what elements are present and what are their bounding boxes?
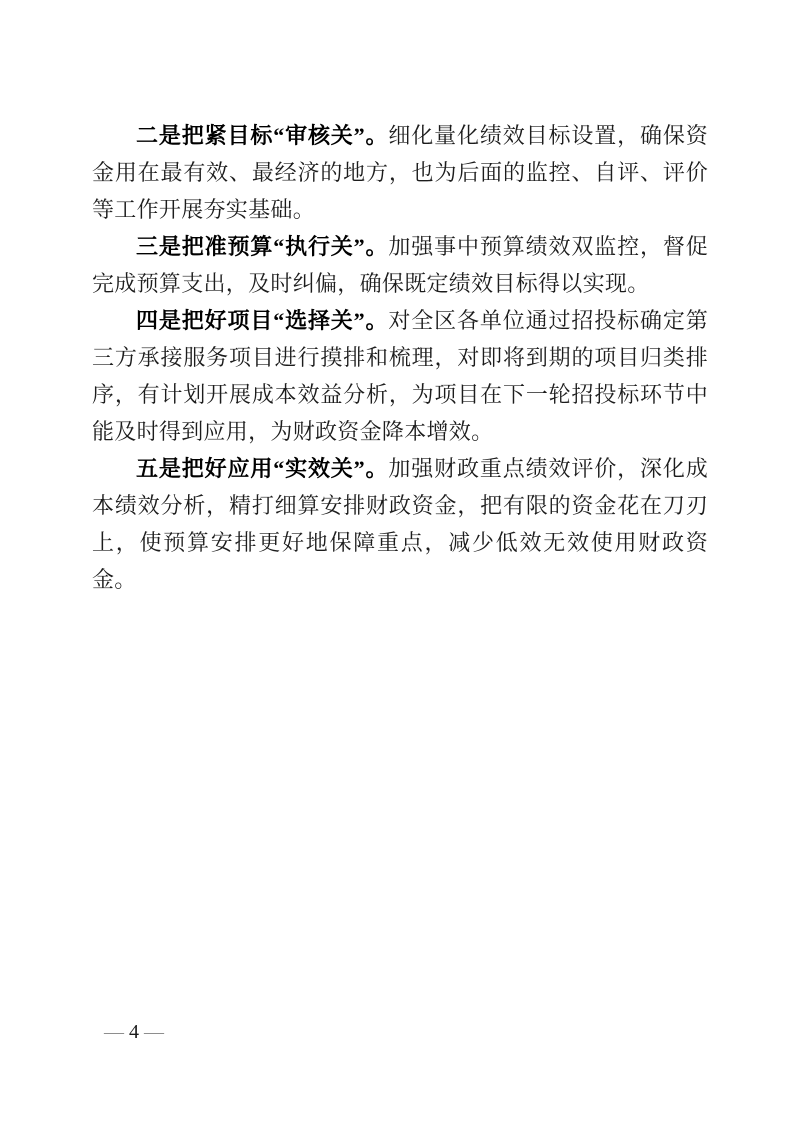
page-number: —4— (104, 1019, 164, 1045)
paragraph: 四是把好项目“选择关”。对全区各单位通过招投标确定第三方承接服务项目进行摸排和梳… (92, 302, 708, 450)
paragraph-lead: 三是把准预算“执行关”。 (136, 234, 388, 259)
paragraph: 二是把紧目标“审核关”。细化量化绩效目标设置，确保资金用在最有效、最经济的地方，… (92, 117, 708, 228)
paragraph-lead: 五是把好应用“实效关”。 (136, 456, 388, 481)
paragraph-lead: 四是把好项目“选择关”。 (136, 308, 388, 333)
paragraph: 五是把好应用“实效关”。加强财政重点绩效评价，深化成本绩效分析，精打细算安排财政… (92, 450, 708, 598)
document-body: 二是把紧目标“审核关”。细化量化绩效目标设置，确保资金用在最有效、最经济的地方，… (92, 117, 708, 598)
page-number-value: 4 (129, 1021, 139, 1043)
page-number-dash-left: — (104, 1021, 124, 1043)
paragraph: 三是把准预算“执行关”。加强事中预算绩效双监控，督促完成预算支出，及时纠偏，确保… (92, 228, 708, 302)
paragraph-lead: 二是把紧目标“审核关”。 (136, 123, 388, 148)
page-number-dash-right: — (144, 1021, 164, 1043)
document-page: 二是把紧目标“审核关”。细化量化绩效目标设置，确保资金用在最有效、最经济的地方，… (0, 0, 793, 1122)
